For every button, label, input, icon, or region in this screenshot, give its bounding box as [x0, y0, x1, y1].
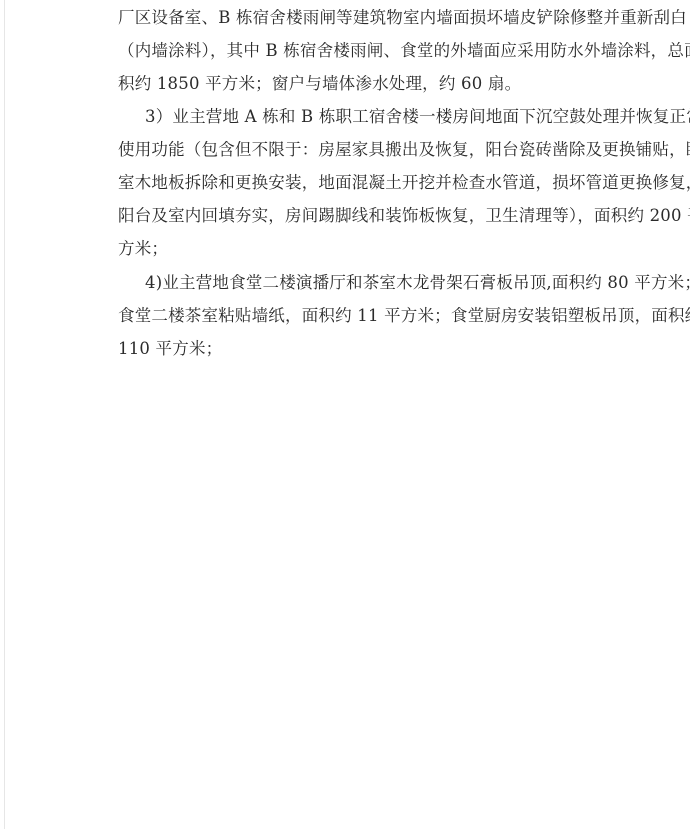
- paragraph-line: 110 平方米；: [118, 332, 222, 365]
- paragraph-line: （内墙涂料），其中 B 栋宿舍楼雨闸、食堂的外墙面应采用防水外墙涂料，总面: [118, 34, 612, 67]
- scan-edge: [4, 0, 5, 829]
- paragraph-line: 方米；: [118, 232, 168, 265]
- paragraph-line: 使用功能（包含但不限于：房屋家具搬出及恢复，阳台瓷砖凿除及更换铺贴，卧: [118, 133, 612, 166]
- paragraph-line: 厂区设备室、B 栋宿舍楼雨闸等建筑物室内墙面损坏墙皮铲除修整并重新刮白: [118, 1, 612, 34]
- item-4-line: 4)业主营地食堂二楼演播厅和茶室木龙骨架石膏板吊顶,面积约 80 平方米；: [145, 266, 612, 299]
- paragraph-line: 室木地板拆除和更换安装，地面混凝土开挖并检查水管道，损坏管道更换修复，: [118, 166, 612, 199]
- paragraph-line: 积约 1850 平方米；窗户与墙体渗水处理，约 60 扇。: [118, 67, 521, 100]
- paragraph-line: 阳台及室内回填夯实，房间踢脚线和装饰板恢复，卫生清理等），面积约 200 平: [118, 199, 612, 232]
- item-3-line: 3）业主营地 A 栋和 B 栋职工宿舍楼一楼房间地面下沉空鼓处理并恢复正常: [145, 100, 612, 133]
- paragraph-line: 食堂二楼茶室粘贴墙纸，面积约 11 平方米；食堂厨房安装铝塑板吊顶，面积约: [118, 299, 612, 332]
